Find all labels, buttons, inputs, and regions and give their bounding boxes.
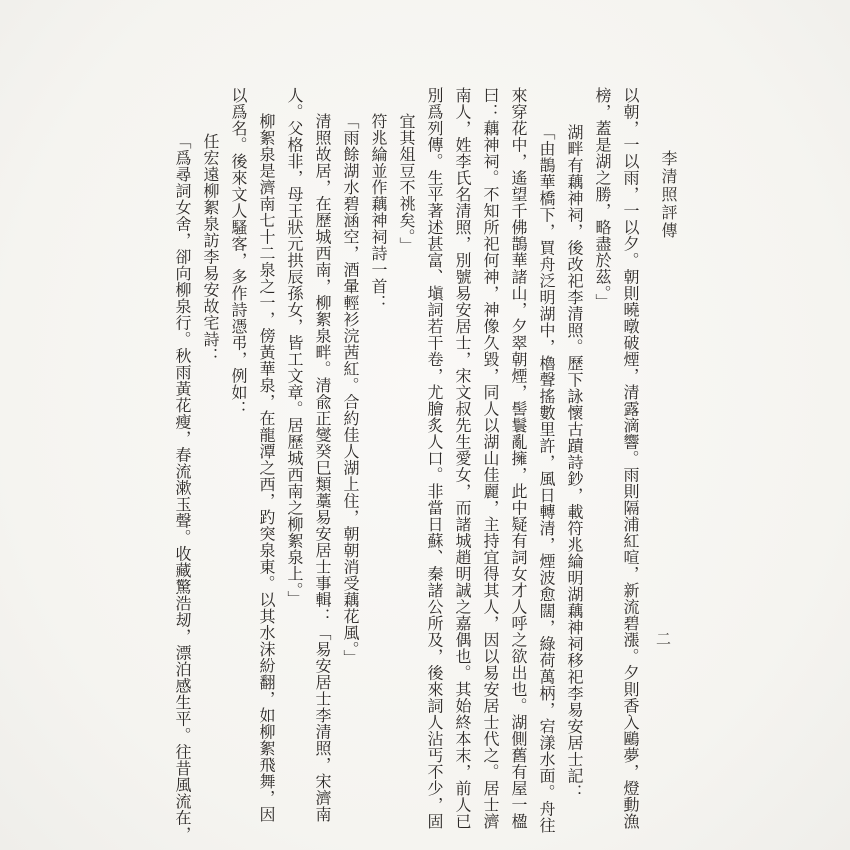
- text-column-17: 「爲尋詞女舍，卻向柳泉行。秋雨黃花瘦，春流漱玉聲。收藏驚浩刼，漂泊感生平。往昔風…: [168, 87, 196, 813]
- text-column-4: 「由鵲華橋下，買舟泛明湖中，櫓聲搖數里許，風日轉清，煙波愈闊，綠荷萬柄，宕漾水面…: [532, 87, 560, 813]
- text-column-6: 曰：藕神祠。不知所祀何神，神像久毀，同人以湖山佳麗，主持宜得其人，因以易安居士代…: [476, 87, 504, 813]
- book-page: 李清照評傳 二 以朝，一以雨，一以夕。朝則曉暾破煙，清露滴響。雨則隔浦紅喧，新流…: [0, 0, 850, 850]
- text-column-2: 榜，蓋是湖之勝，略盡於茲。」: [588, 87, 616, 813]
- text-column-11: 「雨餘湖水碧涵空，酒暈輕衫浣茜紅。合約佳人湖上住，朝朝消受藕花風。」: [336, 87, 364, 813]
- text-column-12: 清照故居，在歷城西南，柳絮泉畔。清兪正燮癸巳類藁易安居士事輯：「易安居士李清照，…: [308, 87, 336, 813]
- text-column-1: 以朝，一以雨，一以夕。朝則曉暾破煙，清露滴響。雨則隔浦紅喧，新流碧漲。夕則香入鷗…: [616, 87, 644, 813]
- text-column-15: 以爲名。後來文人騷客，多作詩憑弔，例如：: [224, 87, 252, 813]
- text-column-5: 來穿花中，遙望千佛鵲華諸山，夕翠朝煙，髻鬟亂擁，此中疑有詞女才人呼之欲出也。湖側…: [504, 87, 532, 813]
- text-column-9: 宜其俎豆不祧矣。」: [392, 87, 420, 813]
- text-column-8: 別爲列傳。生平著述甚富、塡詞若干卷，尤膾炙人口。非當日蘇、秦諸公所及，後來詞人沾…: [420, 87, 448, 813]
- text-column-16: 任宏遠柳絮泉訪李易安故宅詩：: [196, 87, 224, 813]
- text-column-7: 南人，姓李氏名清照，別號易安居士，宋文叔先生愛女，而諸城趙明誠之嘉偶也。其始終本…: [448, 87, 476, 813]
- text-column-10: 符兆綸並作藕神祠詩一首：: [364, 87, 392, 813]
- running-title: 李清照評傳: [657, 150, 680, 240]
- text-column-14: 柳絮泉是濟南七十二泉之一，傍黃華泉，在龍潭之西，趵突泉東。以其水沫紛翻，如柳絮飛…: [252, 87, 280, 813]
- text-column-3: 湖畔有藕神祠，後改祀李清照。歷下詠懷古蹟詩鈔，載符兆綸明湖藕神祠移祀李易安居士記…: [560, 87, 588, 813]
- text-body: 以朝，一以雨，一以夕。朝則曉暾破煙，清露滴響。雨則隔浦紅喧，新流碧漲。夕則香入鷗…: [168, 87, 644, 813]
- text-column-13: 人。父格非，母王狀元拱辰孫女，皆工文章。居歷城西南之柳絮泉上。」: [280, 87, 308, 813]
- page-number: 二: [653, 631, 674, 646]
